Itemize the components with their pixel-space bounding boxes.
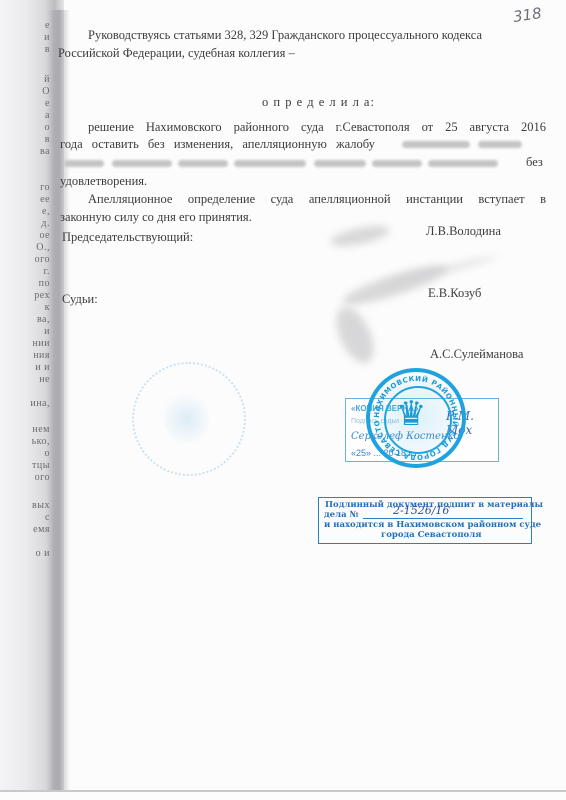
bleed-through-text-fragment: и bbox=[10, 32, 50, 43]
bleed-through-text-fragment: О., bbox=[10, 242, 50, 253]
judges-label: Судьи: bbox=[62, 292, 98, 307]
bleed-through-text-fragment: о bbox=[10, 122, 50, 133]
bleed-through-text-fragment: емя bbox=[10, 524, 50, 535]
bleed-through-text-fragment: д. bbox=[10, 218, 50, 229]
orig-line-2-label: дела № bbox=[324, 510, 359, 521]
redacted-name bbox=[64, 160, 104, 167]
bleed-through-text-fragment: не bbox=[10, 374, 50, 385]
bleed-through-text-fragment: о и bbox=[10, 548, 50, 559]
bleed-through-text-fragment: ого bbox=[10, 254, 50, 265]
redacted-name bbox=[112, 160, 172, 167]
official-court-seal: НАХИМОВСКИЙ РАЙОННЫЙ СУД ГОРОДА СЕВАСТОП… bbox=[366, 368, 466, 468]
redacted-name bbox=[478, 141, 522, 148]
bleed-through-text-fragment: ее bbox=[10, 194, 50, 205]
bleed-through-text-fragment: г. bbox=[10, 266, 50, 277]
orig-line-4: города Севастополя bbox=[381, 530, 482, 541]
decision-line-2: года оставить без изменения, апелляционн… bbox=[60, 137, 375, 152]
bleed-through-text-fragment: рех bbox=[10, 290, 50, 301]
handwritten-page-number: 318 bbox=[512, 4, 543, 26]
orig-line-3: и находится в Нахимовском районном суде bbox=[324, 520, 541, 531]
original-document-stamp: Подлинный документ подшит в материалы де… bbox=[318, 497, 532, 544]
decision-line-3-end: без bbox=[526, 155, 543, 170]
bleed-through-text-fragment: в bbox=[10, 44, 50, 55]
redacted-name bbox=[402, 141, 470, 148]
bleed-through-text-fragment: а bbox=[10, 110, 50, 121]
redacted-name bbox=[372, 160, 422, 167]
judge2-signature bbox=[329, 301, 382, 368]
bleed-through-text-fragment: й bbox=[10, 74, 50, 85]
bleed-through-text-fragment: в bbox=[10, 134, 50, 145]
judge1-signature bbox=[340, 258, 451, 311]
case-number-underline bbox=[363, 518, 523, 519]
case-number: 2-1526/16 bbox=[393, 506, 449, 517]
bleed-through-text-fragment: е bbox=[10, 98, 50, 109]
bleed-through-text-fragment: и bbox=[10, 326, 50, 337]
bleed-through-text-fragment: ое bbox=[10, 230, 50, 241]
bleed-through-text-fragment: тцы bbox=[10, 460, 50, 471]
bleed-through-text-fragment: ния bbox=[10, 350, 50, 361]
bleed-through-text-fragment: е bbox=[10, 20, 50, 31]
bleed-through-text-fragment: ина, bbox=[10, 398, 50, 409]
presiding-name: Л.В.Володина bbox=[426, 224, 501, 239]
bleed-through-text-fragment: ва, bbox=[10, 314, 50, 325]
bleed-through-text-fragment: го bbox=[10, 182, 50, 193]
bleed-through-seal bbox=[132, 362, 246, 476]
redacted-name bbox=[234, 160, 306, 167]
bleed-through-text-fragment: вых bbox=[10, 500, 50, 511]
page-bottom-edge bbox=[0, 790, 566, 792]
intro-line-1: Руководствуясь статьями 328, 329 Граждан… bbox=[88, 28, 482, 43]
binding-shadow bbox=[48, 10, 70, 790]
ruling-heading: о п р е д е л и л а: bbox=[262, 95, 375, 110]
redacted-name bbox=[178, 160, 228, 167]
bleed-through-text-fragment: и и bbox=[10, 362, 50, 373]
decision-line-4: удовлетворения. bbox=[60, 174, 147, 189]
judge2-name: А.С.Сулейманова bbox=[430, 347, 523, 362]
redacted-name bbox=[314, 160, 366, 167]
effect-line-2: законную силу со дня его принятия. bbox=[60, 210, 252, 225]
presiding-signature bbox=[329, 222, 391, 250]
document-page: еивйОеаоввагоеее,д.оеО.,огог.порехква,ин… bbox=[0, 0, 566, 800]
judge1-signature-stroke bbox=[381, 254, 499, 289]
bleed-through-text-fragment: ва bbox=[10, 146, 50, 157]
decision-line-1: решение Нахимовского районного суда г.Се… bbox=[88, 120, 546, 135]
bleed-through-text-fragment: по bbox=[10, 278, 50, 289]
double-headed-eagle-icon: ♛ bbox=[396, 394, 426, 434]
effect-line-1: Апелляционное определение суда апелляцио… bbox=[88, 192, 546, 207]
judge1-name: Е.В.Козуб bbox=[428, 286, 481, 301]
bleed-through-text-fragment: О bbox=[10, 86, 50, 97]
presiding-label: Председательствующий: bbox=[62, 230, 193, 245]
bleed-through-text-fragment: нии bbox=[10, 338, 50, 349]
bleed-through-text-fragment: ого bbox=[10, 472, 50, 483]
bleed-through-text-fragment: ько, bbox=[10, 436, 50, 447]
bleed-through-text-fragment: с bbox=[10, 512, 50, 523]
redacted-name bbox=[428, 160, 498, 167]
bleed-through-text-fragment: е, bbox=[10, 206, 50, 217]
bleed-through-text-fragment: о bbox=[10, 448, 50, 459]
intro-line-2: Российской Федерации, судебная коллегия … bbox=[58, 46, 295, 61]
bleed-through-text-fragment: к bbox=[10, 302, 50, 313]
bleed-through-text-fragment: нем bbox=[10, 424, 50, 435]
